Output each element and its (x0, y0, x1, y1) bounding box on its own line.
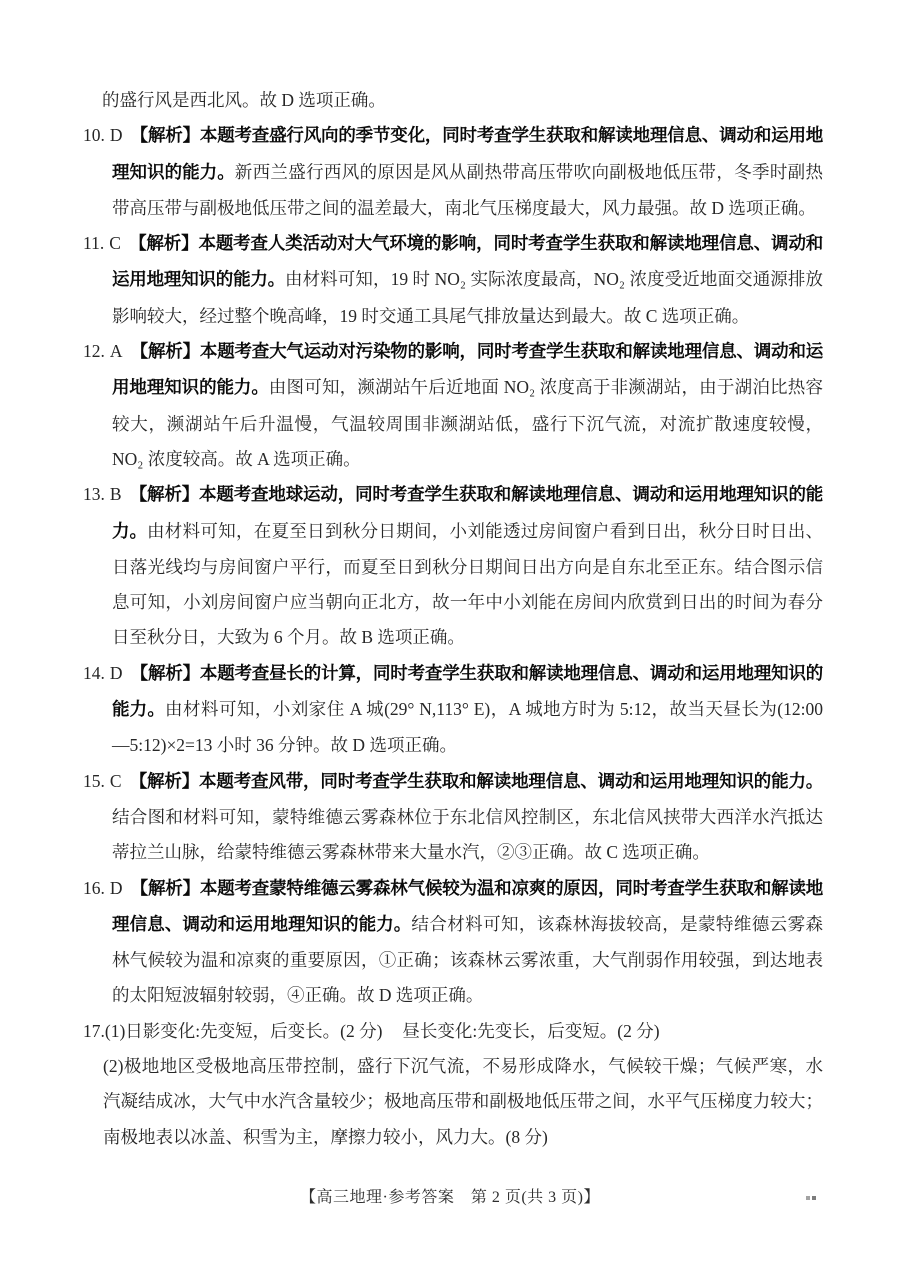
answer-letter: D (110, 125, 123, 145)
answer-letter: D (110, 878, 123, 898)
answer-item-17: 17.(1)日影变化:先变短，后变长。(2 分)昼长变化:先变长，后变短。(2 … (83, 1014, 823, 1155)
answer-key-content: 的盛行风是西北风。故 D 选项正确。 10.D【解析】本题考查盛行风向的季节变化… (83, 83, 823, 1155)
answer-item-16: 16.D【解析】本题考查蒙特维德云雾森林气候较为温和凉爽的原因，同时考查学生获取… (83, 871, 823, 1014)
question-number: 16. (83, 878, 105, 898)
question-number: 11. (83, 233, 104, 253)
answer-item-11: 11.C【解析】本题考查人类活动对大气环境的影响，同时考查学生获取和解读地理信息… (83, 226, 823, 334)
answer-letter: C (109, 233, 121, 253)
answer-17-part1: 17.(1)日影变化:先变短，后变长。(2 分)昼长变化:先变长，后变短。(2 … (103, 1014, 823, 1049)
answer-letter: C (110, 771, 122, 791)
question-number: 10. (83, 125, 105, 145)
answer-item-14: 14.D【解析】本题考查昼长的计算，同时考查学生获取和解读地理信息、调动和运用地… (83, 656, 823, 764)
question-number: 15. (83, 771, 105, 791)
question-number: 13. (83, 484, 105, 504)
analysis-text: 由材料可知，小刘家住 A 城(29° N,113° E)，A 城地方时为 5:1… (112, 699, 823, 755)
answer-17-shadow-change: (1)日影变化:先变短，后变长。(2 分) (105, 1021, 383, 1041)
analysis-bold: 【解析】本题考查风带，同时考查学生获取和解读地理信息、调动和运用地理知识的能力。 (130, 772, 823, 792)
answer-letter: B (110, 484, 122, 504)
continuation-line: 的盛行风是西北风。故 D 选项正确。 (102, 83, 823, 118)
analysis-text: 由材料可知，在夏至日到秋分日期间，小刘能透过房间窗户看到日出，秋分日时日出、日落… (112, 521, 823, 648)
question-number: 17. (83, 1021, 105, 1041)
answer-letter: A (110, 341, 123, 361)
answer-item-12: 12.A【解析】本题考查大气运动对污染物的影响，同时考查学生获取和解读地理信息、… (83, 334, 823, 477)
answer-item-13: 13.B【解析】本题考查地球运动，同时考查学生获取和解读地理信息、调动和运用地理… (83, 477, 823, 655)
answer-17-daylength-change: 昼长变化:先变长，后变短。(2 分) (402, 1021, 659, 1041)
answer-17-part2: (2)极地地区受极地高压带控制，盛行下沉气流，不易形成降水，气候较干燥；气候严寒… (103, 1049, 823, 1155)
scan-dot (812, 1196, 816, 1200)
page-footer: 【高三地理·参考答案 第 2 页(共 3 页)】 (0, 1184, 900, 1207)
answer-item-10: 10.D【解析】本题考查盛行风向的季节变化，同时考查学生获取和解读地理信息、调动… (83, 118, 823, 226)
answer-letter: D (110, 663, 123, 683)
question-number: 14. (83, 663, 105, 683)
scan-dot (806, 1196, 810, 1200)
scan-artifact-dots (806, 1196, 820, 1201)
answer-item-15: 15.C【解析】本题考查风带，同时考查学生获取和解读地理信息、调动和运用地理知识… (83, 764, 823, 871)
question-number: 12. (83, 341, 105, 361)
analysis-text: 结合图和材料可知，蒙特维德云雾森林位于东北信风控制区，东北信风挟带大西洋水汽抵达… (112, 807, 823, 862)
